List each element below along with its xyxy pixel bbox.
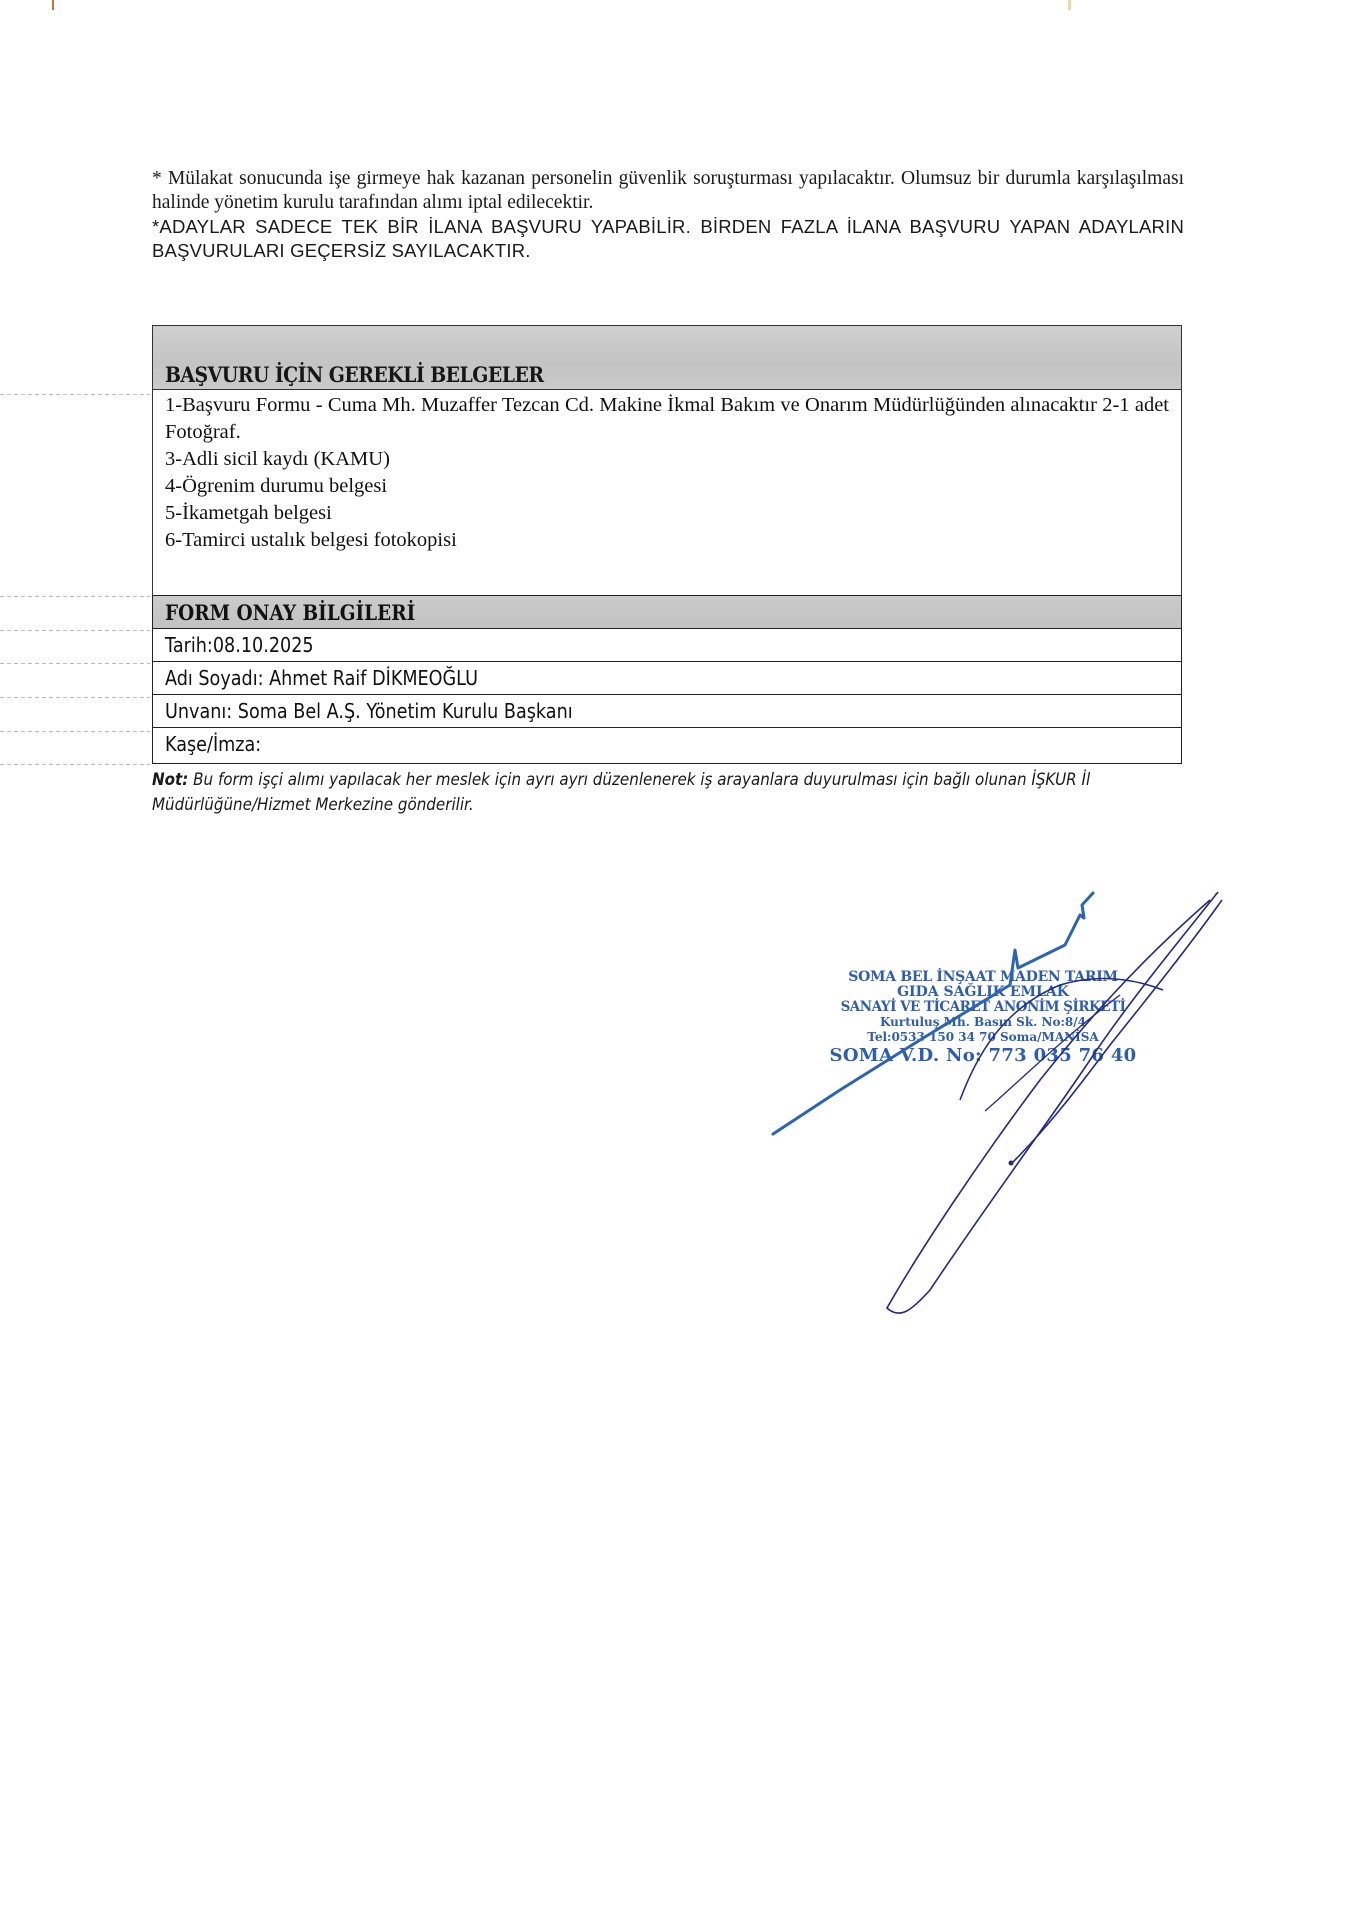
stamp-line: Tel:0533 150 34 70 Soma/MANİSA: [818, 1030, 1148, 1045]
required-documents-list: 1-Başvuru Formu - Cuma Mh. Muzaffer Tezc…: [153, 390, 1181, 554]
stamp-line: Kurtuluş Mh. Basın Sk. No:8/4: [818, 1015, 1148, 1030]
stamp-line: SANAYİ VE TİCARET ANONİM ŞİRKETİ: [818, 1000, 1148, 1015]
form-approval-header: FORM ONAY BİLGİLERİ: [153, 596, 1181, 629]
document-item: 3-Adli sicil kaydı (KAMU): [165, 446, 1169, 473]
note-text: Bu form işçi alımı yapılacak her meslek …: [152, 770, 1090, 815]
approver-name: Adı Soyadı: Ahmet Raif DİKMEOĞLU: [165, 662, 478, 695]
note-label: Not:: [152, 770, 188, 790]
approver-title-row: Unvanı: Soma Bel A.Ş. Yönetim Kurulu Baş…: [153, 695, 1181, 728]
approval-date-row: Tarih:08.10.2025: [153, 629, 1181, 662]
stamp-line: GIDA SAĞLIK EMLAK: [818, 985, 1148, 1000]
required-documents-section: BAŞVURU İÇİN GEREKLİ BELGELER 1-Başvuru …: [152, 325, 1182, 595]
approver-title: Unvanı: Soma Bel A.Ş. Yönetim Kurulu Baş…: [165, 695, 573, 728]
approval-date: Tarih:08.10.2025: [165, 629, 314, 662]
document-item: 5-İkametgah belgesi: [165, 500, 1169, 527]
required-documents-header: BAŞVURU İÇİN GEREKLİ BELGELER: [153, 326, 1181, 390]
scan-edge-mark-right: [1068, 0, 1071, 10]
stamp-signature-row: Kaşe/İmza:: [153, 728, 1181, 761]
scan-artifact-line: [0, 764, 150, 765]
scan-artifact-line: [0, 663, 150, 664]
form-approval-section: FORM ONAY BİLGİLERİ Tarih:08.10.2025 Adı…: [152, 595, 1182, 764]
scan-artifact-line: [0, 630, 150, 631]
document-item: 1-Başvuru Formu - Cuma Mh. Muzaffer Tezc…: [165, 392, 1169, 446]
document-item: 4-Ögrenim durumu belgesi: [165, 473, 1169, 500]
intro-text: * Mülakat sonucunda işe girmeye hak kaza…: [152, 167, 1184, 263]
company-stamp: SOMA BEL İNŞAAT MADEN TARIM GIDA SAĞLIK …: [818, 970, 1148, 1067]
single-application-notice: *ADAYLAR SADECE TEK BİR İLANA BAŞVURU YA…: [152, 215, 1184, 263]
document-item: 6-Tamirci ustalık belgesi fotokopisi: [165, 527, 1169, 554]
scan-artifact-line: [0, 596, 150, 597]
form-approval-title: FORM ONAY BİLGİLERİ: [165, 596, 415, 629]
footnote: Not: Bu form işçi alımı yapılacak her me…: [152, 768, 1192, 818]
signature-icon: [0, 0, 1358, 1920]
approver-name-row: Adı Soyadı: Ahmet Raif DİKMEOĞLU: [153, 662, 1181, 695]
scan-artifact-line: [0, 697, 150, 698]
scan-artifact-line: [0, 731, 150, 732]
security-check-notice: * Mülakat sonucunda işe girmeye hak kaza…: [152, 167, 1184, 215]
scan-edge-mark-left: [52, 0, 54, 10]
required-documents-title: BAŞVURU İÇİN GEREKLİ BELGELER: [165, 362, 544, 387]
scan-artifact-line: [0, 394, 150, 395]
stamp-tax-number: SOMA V.D. No: 773 035 76 40: [818, 1045, 1148, 1067]
stamp-signature-label: Kaşe/İmza:: [165, 728, 261, 761]
stamp-line: SOMA BEL İNŞAAT MADEN TARIM: [818, 970, 1148, 985]
